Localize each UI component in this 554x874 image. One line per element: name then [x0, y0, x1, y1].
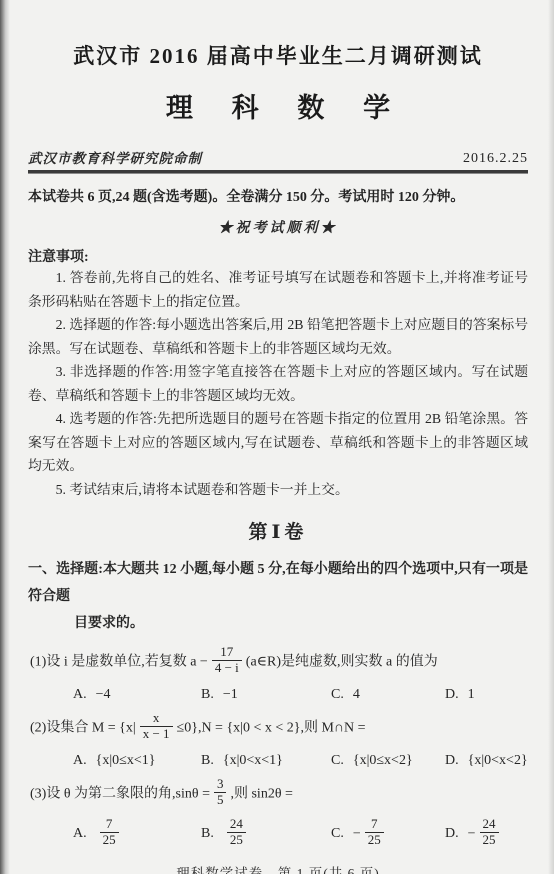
question-3: (3)设 θ 为第二象限的角,sinθ =35,则 sin2θ = [30, 779, 528, 810]
question-2-fraction: xx − 1 [140, 711, 173, 742]
option-3a-fraction: 725 [100, 817, 119, 848]
option-3d-fraction: 2425 [480, 817, 499, 848]
option-2b: B.{x|0<x<1} [201, 753, 331, 769]
issuer-row: 武汉市教育科学研究院命制 2016.2.25 [28, 147, 528, 167]
option-2a: A.{x|0≤x<1} [73, 753, 201, 769]
notice-item-5: 5. 考试结束后,请将本试题卷和答题卡一并上交。 [28, 478, 528, 502]
issuer-label: 武汉市教育科学研究院命制 [28, 147, 202, 167]
option-3b: B.2425 [201, 819, 331, 850]
option-2d: D.{x|0<x<2} [445, 753, 528, 769]
question-3-text-post: ,则 sin2θ = [230, 786, 292, 801]
question-3-fraction: 35 [214, 777, 227, 808]
option-1c: C.4 [331, 687, 445, 703]
question-2-text-pre: (2)设集合 M = {x| [30, 721, 136, 736]
section-intro-line-2: 目要求的。 [74, 610, 528, 637]
option-1b: B.−1 [201, 687, 331, 703]
option-1a: A.−4 [73, 687, 201, 703]
exam-date: 2016.2.25 [463, 151, 528, 167]
header-divider [28, 170, 528, 174]
question-1-fraction: 174 − i [212, 645, 242, 676]
option-3a: A.725 [73, 819, 201, 850]
notices-title: 注意事项: [28, 246, 528, 266]
option-3c: C.−725 [331, 819, 445, 850]
exam-info-line: 本试卷共 6 页,24 题(含选考题)。全卷满分 150 分。考试用时 120 … [28, 187, 528, 209]
scan-artifact-left-edge [0, 0, 10, 874]
question-1-options: A.−4 B.−1 C.4 D.1 [73, 687, 528, 703]
question-2: (2)设集合 M = {x|xx − 1≤0},N = {x|0 < x < 2… [30, 713, 528, 744]
question-3-text-pre: (3)设 θ 为第二象限的角,sinθ = [30, 786, 210, 801]
part-1-title: 第Ⅰ卷 [28, 517, 528, 544]
scan-artifact-right-edge [548, 0, 554, 874]
good-luck-line: ★祝考试顺利★ [28, 217, 528, 237]
option-3d: D.−2425 [445, 819, 528, 850]
question-2-options: A.{x|0≤x<1} B.{x|0<x<1} C.{x|0≤x<2} D.{x… [73, 753, 528, 769]
option-3c-fraction: 725 [365, 817, 384, 848]
section-intro-line-1: 一、选择题:本大题共 12 小题,每小题 5 分,在每小题给出的四个选项中,只有… [28, 556, 528, 610]
question-3-options: A.725 B.2425 C.−725 D.−2425 [73, 819, 528, 850]
option-3b-fraction: 2425 [227, 817, 246, 848]
option-2c: C.{x|0≤x<2} [331, 753, 445, 769]
question-1-text-post: (a∈R)是纯虚数,则实数 a 的值为 [246, 655, 438, 670]
subject-title: 理 科 数 学 [28, 86, 528, 125]
notice-item-3: 3. 非选择题的作答:用签字笔直接答在答题卡上对应的答题区域内。写在试题卷、草稿… [28, 360, 528, 407]
notice-item-4: 4. 选考题的作答:先把所选题目的题号在答题卡指定的位置用 2B 铅笔涂黑。答案… [28, 407, 528, 478]
page-footer: 理科数学试卷 第 1 页(共 6 页) [28, 862, 528, 874]
exam-paper-page: 武汉市 2016 届高中毕业生二月调研测试 理 科 数 学 武汉市教育科学研究院… [0, 0, 554, 874]
option-1d: D.1 [445, 687, 528, 703]
notice-item-1: 1. 答卷前,先将自己的姓名、准考证号填写在试题卷和答题卡上,并将准考证号条形码… [28, 266, 528, 313]
exam-title: 武汉市 2016 届高中毕业生二月调研测试 [28, 40, 528, 70]
notice-item-2: 2. 选择题的作答:每小题选出答案后,用 2B 铅笔把答题卡上对应题目的答案标号… [28, 313, 528, 360]
question-2-text-post: ≤0},N = {x|0 < x < 2},则 M∩N = [177, 721, 366, 736]
question-1-text-pre: (1)设 i 是虚数单位,若复数 a − [30, 655, 208, 670]
question-1: (1)设 i 是虚数单位,若复数 a −174 − i(a∈R)是纯虚数,则实数… [30, 647, 528, 678]
